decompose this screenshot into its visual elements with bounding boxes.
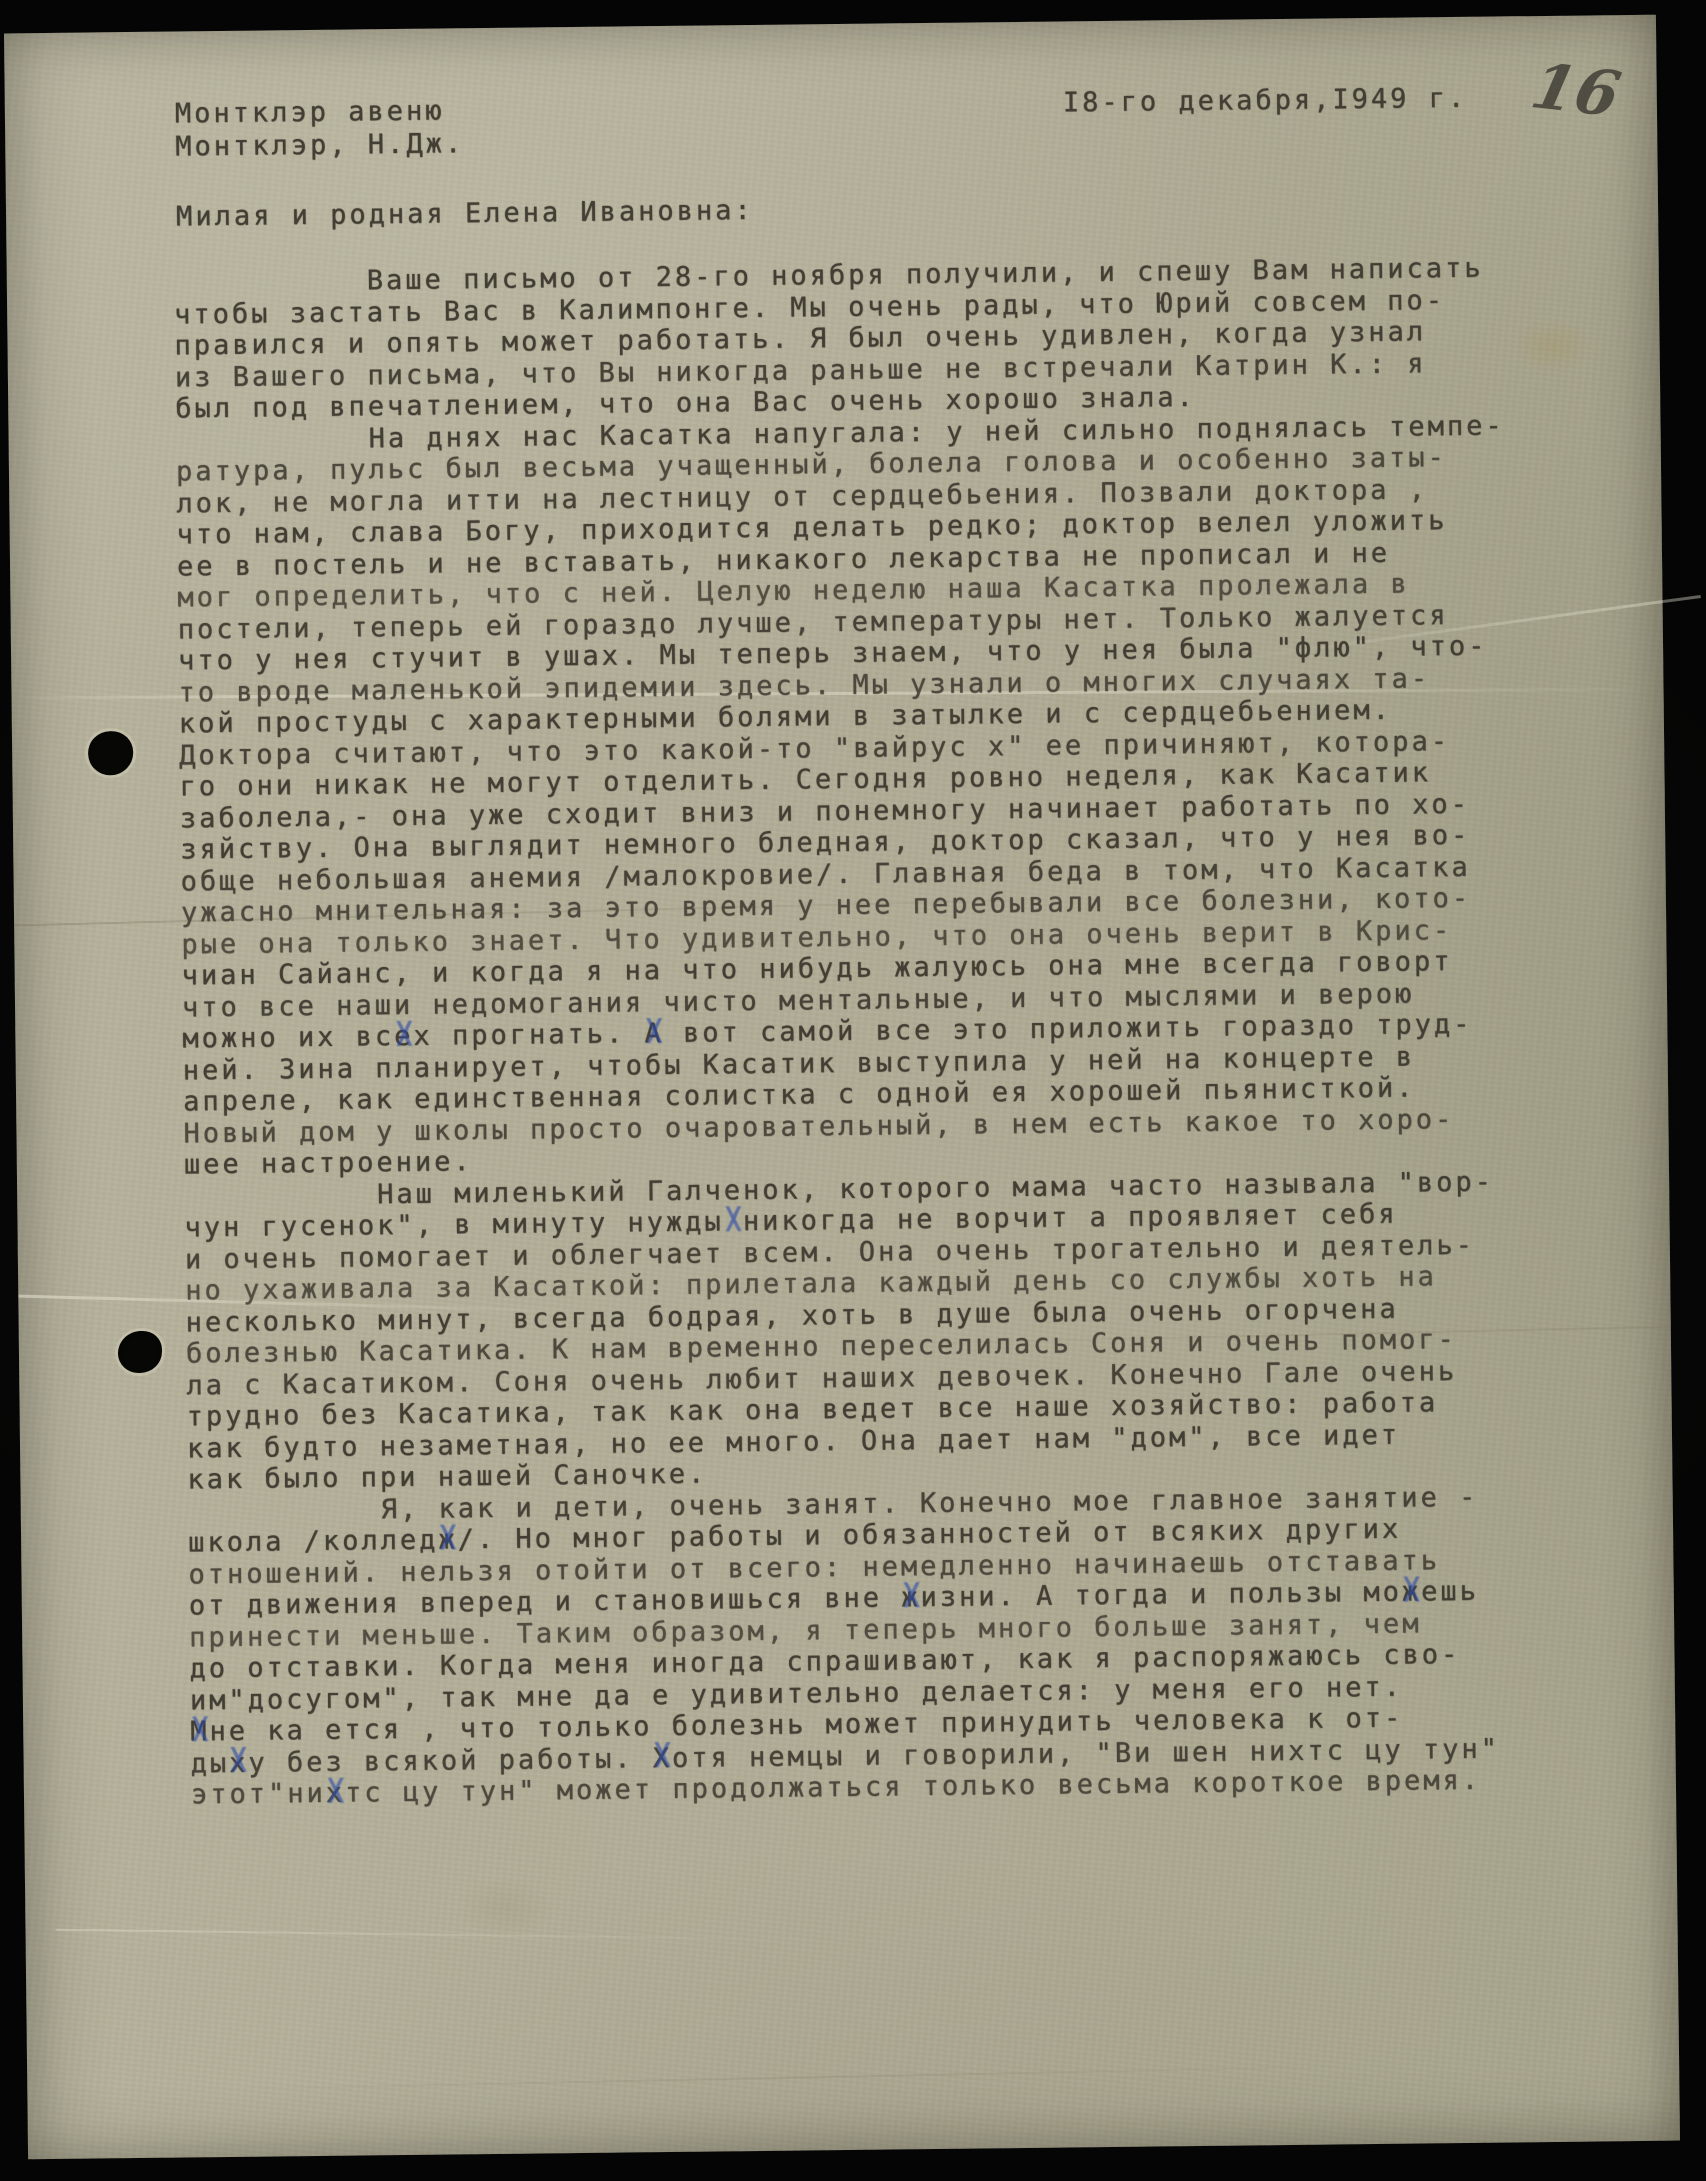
blue-ink-correction bbox=[902, 1582, 922, 1607]
punch-hole-bottom bbox=[118, 1331, 162, 1373]
return-address: Монтклэр авенюМонтклэр, Н.Дж. bbox=[175, 94, 465, 163]
blue-ink-correction bbox=[438, 1524, 458, 1549]
blue-ink-correction bbox=[228, 1747, 248, 1772]
return-address-line-2: Монтклэр, Н.Дж. bbox=[175, 127, 464, 163]
blue-ink-correction bbox=[723, 1206, 743, 1231]
salutation: Милая и родная Елена Ивановна: bbox=[176, 195, 754, 233]
handwritten-page-number: 16 bbox=[1525, 49, 1626, 130]
paper-crease bbox=[226, 2065, 1382, 2090]
blue-ink-correction bbox=[190, 1716, 210, 1741]
blue-ink-correction bbox=[1402, 1576, 1422, 1601]
date-line: I8-го декабря,I949 г. bbox=[1063, 83, 1468, 119]
punch-hole-top bbox=[88, 731, 133, 776]
blue-ink-correction bbox=[644, 1018, 664, 1043]
blue-ink-correction bbox=[326, 1778, 346, 1803]
letter-body: Ваше письмо от 28-го ноября получили, и … bbox=[174, 252, 1531, 1811]
paper-crease bbox=[56, 1929, 816, 1941]
blue-ink-correction bbox=[394, 1021, 414, 1046]
return-address-line-1: Монтклэр авеню bbox=[175, 94, 464, 130]
letter-paper: Монтклэр авенюМонтклэр, Н.Дж. I8-го дека… bbox=[4, 15, 1680, 2160]
scanned-letter-page: Монтклэр авенюМонтклэр, Н.Дж. I8-го дека… bbox=[0, 0, 1706, 2181]
blue-ink-correction bbox=[652, 1742, 672, 1767]
